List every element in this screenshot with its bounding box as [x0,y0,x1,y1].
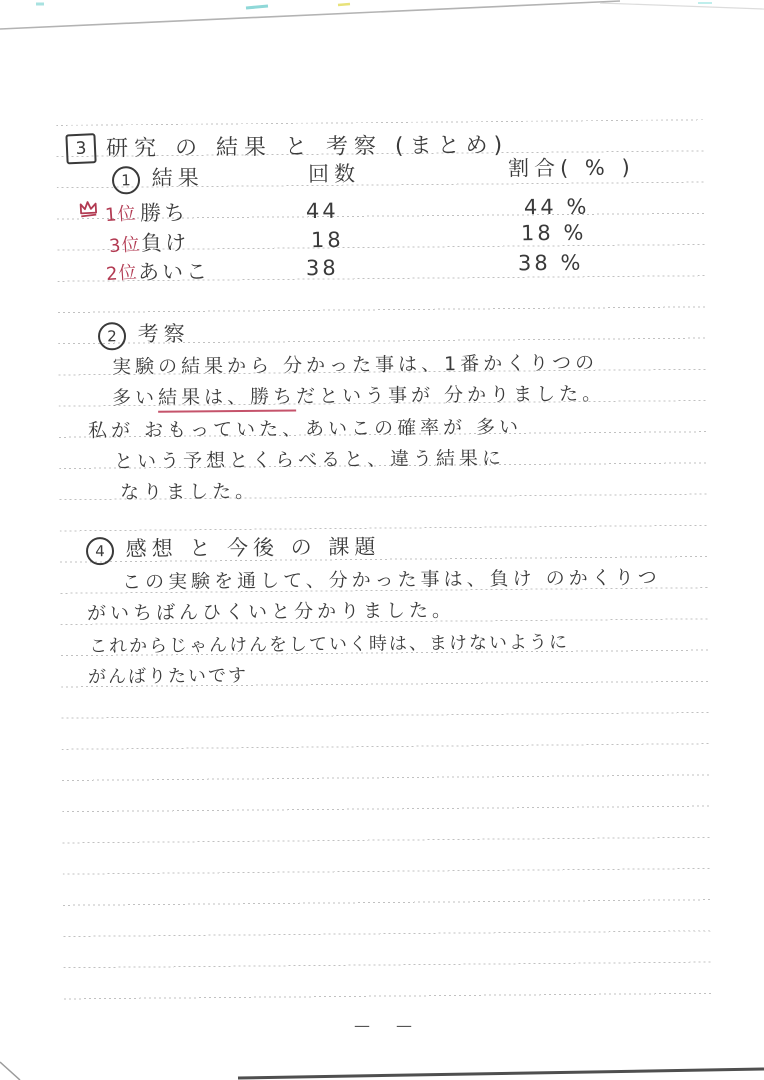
count-value: 38 [306,256,339,280]
discussion-heading-label: 考察 [138,322,190,346]
discussion-line: なりました。 [120,476,258,504]
scan-bottom-edge-line [238,1069,764,1078]
reflection-heading: 4 感想 と 今後 の 課題 [86,531,381,566]
discussion-heading: 2 考察 [98,318,190,351]
discussion-underlined-text: 結果は、勝ち [158,386,296,413]
percent-value: 18 % [521,221,587,246]
discussion-line: 私が おもっていた、あいこの確率が 多い [88,412,522,443]
scan-yellow-mark [338,4,350,5]
reflection-line: がいちばんひくいと分かりました。 [87,595,455,625]
scanned-notebook-page: 3研究 の 結果 と 考察 (まとめ) 1 結果 回数 割合( % ) 1位 勝… [0,0,764,1080]
scan-corner-tick [0,1062,20,1080]
count-value: 44 [306,199,339,223]
discussion-line2-post: だという事が 分かりました。 [296,383,605,408]
rank-label: 3位 [108,230,141,258]
percent-value: 44 % [524,195,590,220]
reflection-section-number: 4 [86,537,114,565]
result-name: 勝ち [140,197,188,227]
discussion-section-number: 2 [98,322,126,350]
reflection-heading-label: 感想 と 今後 の 課題 [126,535,381,561]
discussion-line: 多い結果は、勝ちだという事が 分かりました。 [112,379,605,410]
column-header-count: 回数 [308,158,360,188]
discussion-line: という予想とくらべると、違う結果に [114,443,505,473]
reflection-line: この実験を通して、分かった事は、負け のかくりつ [122,563,661,595]
discussion-line: 実験の結果から 分かった事は、1番かくりつの [112,348,598,379]
results-section-label: 結果 [152,166,204,190]
results-section-heading: 1 結果 [112,162,204,195]
rank-label: 1位 [104,199,137,227]
scan-cyan-mark [246,6,268,8]
count-value: 18 [311,228,344,252]
reflection-line: これからじゃんけんをしていく時は、まけないように [89,628,569,658]
percent-value: 38 % [518,251,584,276]
crown-icon [77,199,99,222]
scan-top-edge-line [0,1,620,29]
page-title: 3研究 の 結果 と 考察 (まとめ) [66,128,508,164]
result-name: あいこ [138,256,210,287]
reflection-line: がんばりたいです [88,661,248,688]
footer-dash-right: — [396,1016,412,1035]
rank-label: 2位 [105,258,138,286]
title-box-number: 3 [65,133,96,164]
discussion-line2-pre: 多い [112,387,158,409]
footer-dash-left: — [354,1016,370,1035]
column-header-percent: 割合( % ) [508,151,635,182]
results-section-number: 1 [112,166,140,194]
result-name: 負け [141,227,189,257]
scan-top-edge-line-right [600,3,764,9]
